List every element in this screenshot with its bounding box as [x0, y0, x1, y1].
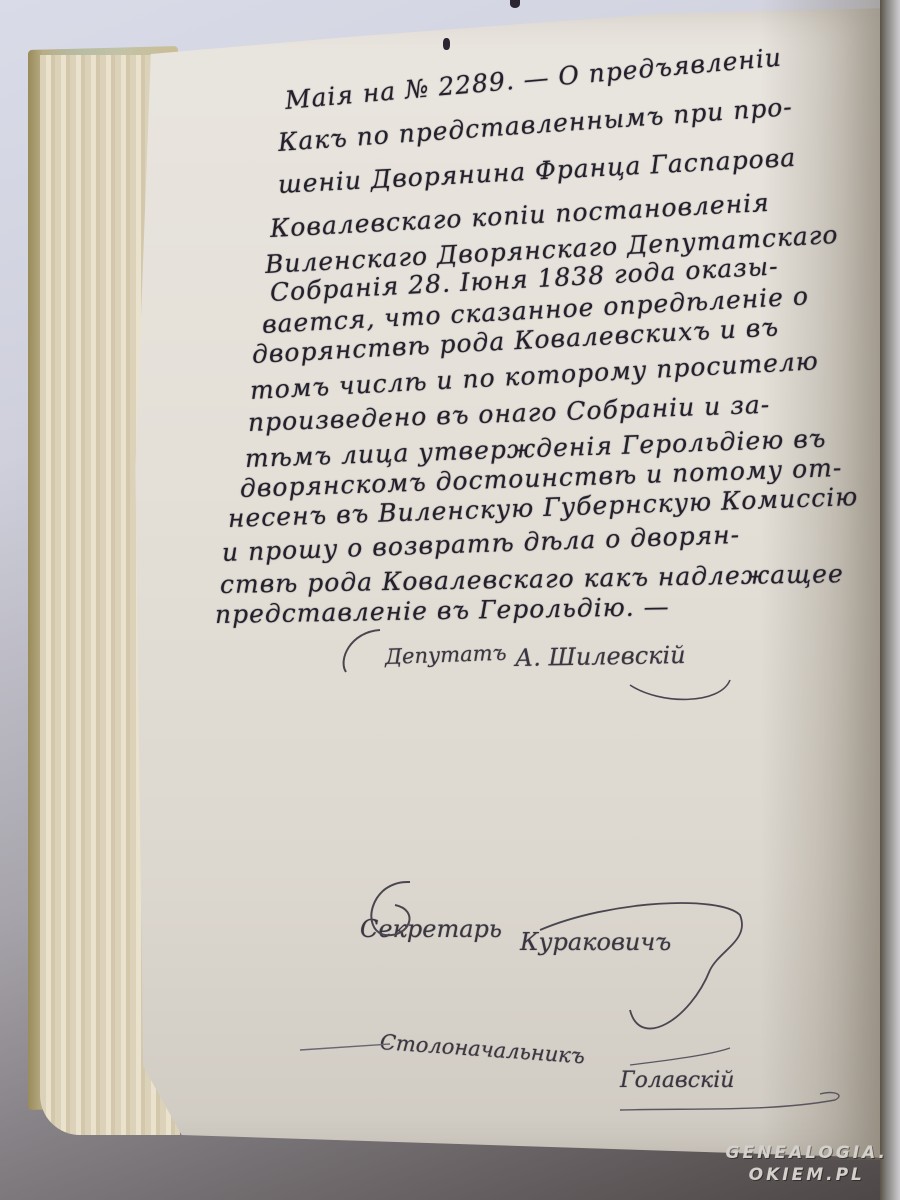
deputy-flourish — [330, 620, 750, 710]
body-line-15: ствѣ рода Ковалевскаго какъ надлежащее — [220, 559, 844, 599]
watermark: GENEALOGIA. OKIEM.PL — [726, 1142, 888, 1186]
watermark-line-1: GENEALOGIA. — [726, 1142, 888, 1164]
watermark-line-2: OKIEM.PL — [726, 1164, 888, 1186]
document-photo: Маія на № 2289. — О предъявленіи Какъ по… — [0, 0, 900, 1200]
clerk-flourish — [290, 1020, 850, 1130]
